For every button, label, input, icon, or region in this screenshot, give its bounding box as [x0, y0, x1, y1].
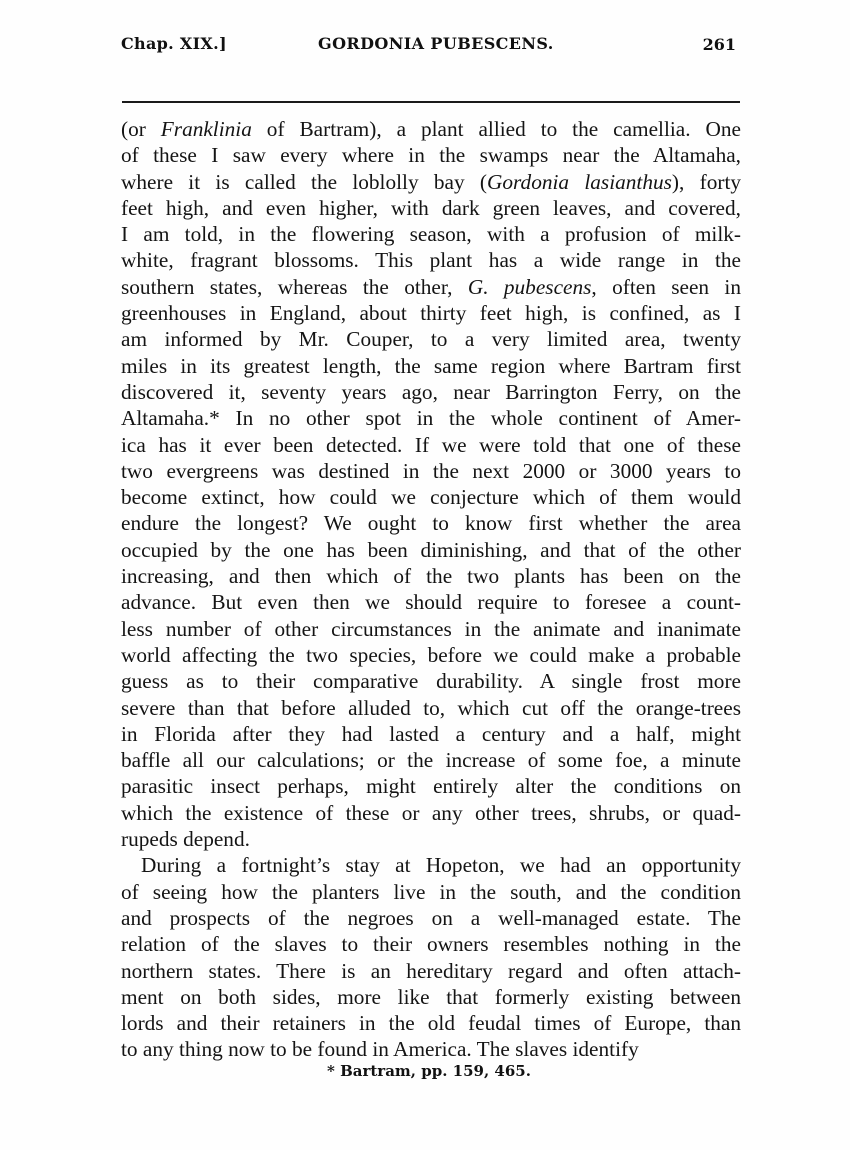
- text-run: greenhouses in England, about thirty fee…: [121, 301, 741, 325]
- text-line: two evergreens was destined in the next …: [121, 458, 741, 484]
- text-line: am informed by Mr. Couper, to a very lim…: [121, 326, 741, 352]
- italic-term: Gordonia lasianthus: [487, 170, 672, 194]
- text-run: increasing, and then which of the two pl…: [121, 564, 741, 588]
- text-run: northern states. There is an hereditary …: [121, 959, 741, 983]
- text-line: northern states. There is an hereditary …: [121, 958, 741, 984]
- text-run: feet high, and even higher, with dark gr…: [121, 196, 741, 220]
- text-run: baffle all our calculations; or the incr…: [121, 748, 741, 772]
- text-line: become extinct, how could we conjecture …: [121, 484, 741, 510]
- text-run: white, fragrant blossoms. This plant has…: [121, 248, 741, 272]
- text-run: ment on both sides, more like that forme…: [121, 985, 741, 1009]
- text-line: ica has it ever been detected. If we wer…: [121, 432, 741, 458]
- text-line: Altamaha.* In no other spot in the whole…: [121, 405, 741, 431]
- text-line: where it is called the loblolly bay (Gor…: [121, 169, 741, 195]
- text-run: I am told, in the flowering season, with…: [121, 222, 741, 246]
- text-run: where it is called the loblolly bay (: [121, 170, 487, 194]
- text-run: Altamaha.* In no other spot in the whole…: [121, 406, 741, 430]
- text-line: and prospects of the negroes on a well-m…: [121, 905, 741, 931]
- text-line: rupeds depend.: [121, 826, 741, 852]
- text-line: feet high, and even higher, with dark gr…: [121, 195, 741, 221]
- text-line: I am told, in the flowering season, with…: [121, 221, 741, 247]
- text-run: am informed by Mr. Couper, to a very lim…: [121, 327, 741, 351]
- text-run: southern states, whereas the other,: [121, 275, 468, 299]
- text-run: guess as to their comparative durability…: [121, 669, 741, 693]
- running-header: Chap. XIX.] GORDONIA PUBESCENS. 261: [121, 34, 740, 62]
- text-line: parasitic insect perhaps, might entirely…: [121, 773, 741, 799]
- text-run: in Florida after they had lasted a centu…: [121, 722, 741, 746]
- text-line: world affecting the two species, before …: [121, 642, 741, 668]
- text-line: During a fortnight’s stay at Hopeton, we…: [121, 852, 741, 878]
- text-line: relation of the slaves to their owners r…: [121, 931, 741, 957]
- body-text: (or Franklinia of Bartram), a plant alli…: [121, 116, 741, 1063]
- text-run: severe than that before alluded to, whic…: [121, 696, 741, 720]
- text-line: in Florida after they had lasted a centu…: [121, 721, 741, 747]
- text-line: southern states, whereas the other, G. p…: [121, 274, 741, 300]
- chapter-label: Chap. XIX.]: [121, 34, 227, 53]
- text-run: of these I saw every where in the swamps…: [121, 143, 741, 167]
- text-run: parasitic insect perhaps, might entirely…: [121, 774, 741, 798]
- text-run: world affecting the two species, before …: [121, 643, 741, 667]
- text-run: discovered it, seventy years ago, near B…: [121, 380, 741, 404]
- text-line: increasing, and then which of the two pl…: [121, 563, 741, 589]
- footnote: * Bartram, pp. 159, 465.: [0, 1062, 850, 1080]
- text-run: , often seen in: [591, 275, 741, 299]
- text-line: of seeing how the planters live in the s…: [121, 879, 741, 905]
- text-line: (or Franklinia of Bartram), a plant alli…: [121, 116, 741, 142]
- page-title: GORDONIA PUBESCENS.: [318, 34, 554, 53]
- text-line: greenhouses in England, about thirty fee…: [121, 300, 741, 326]
- text-run: relation of the slaves to their owners r…: [121, 932, 741, 956]
- text-run: to any thing now to be found in America.…: [121, 1037, 639, 1061]
- text-line: to any thing now to be found in America.…: [121, 1036, 741, 1062]
- page-number: 261: [703, 35, 736, 54]
- text-line: less number of other circumstances in th…: [121, 616, 741, 642]
- text-run: occupied by the one has been diminishing…: [121, 538, 741, 562]
- text-line: baffle all our calculations; or the incr…: [121, 747, 741, 773]
- text-line: of these I saw every where in the swamps…: [121, 142, 741, 168]
- text-run: rupeds depend.: [121, 827, 250, 851]
- italic-term: G. pubescens: [468, 275, 592, 299]
- text-run: which the existence of these or any othe…: [121, 801, 741, 825]
- text-line: white, fragrant blossoms. This plant has…: [121, 247, 741, 273]
- text-line: endure the longest? We ought to know fir…: [121, 510, 741, 536]
- text-run: of seeing how the planters live in the s…: [121, 880, 741, 904]
- text-line: guess as to their comparative durability…: [121, 668, 741, 694]
- text-line: ment on both sides, more like that forme…: [121, 984, 741, 1010]
- text-line: which the existence of these or any othe…: [121, 800, 741, 826]
- text-run: two evergreens was destined in the next …: [121, 459, 741, 483]
- text-line: severe than that before alluded to, whic…: [121, 695, 741, 721]
- header-rule: [122, 101, 740, 103]
- text-line: discovered it, seventy years ago, near B…: [121, 379, 741, 405]
- text-line: lords and their retainers in the old feu…: [121, 1010, 741, 1036]
- italic-term: Franklinia: [161, 117, 252, 141]
- text-line: occupied by the one has been diminishing…: [121, 537, 741, 563]
- text-run: and prospects of the negroes on a well-m…: [121, 906, 741, 930]
- text-line: miles in its greatest length, the same r…: [121, 353, 741, 379]
- text-run: advance. But even then we should require…: [121, 590, 741, 614]
- text-run: endure the longest? We ought to know fir…: [121, 511, 741, 535]
- text-run: During a fortnight’s stay at Hopeton, we…: [141, 853, 741, 877]
- text-run: ), forty: [672, 170, 741, 194]
- text-run: become extinct, how could we conjecture …: [121, 485, 741, 509]
- text-run: (or: [121, 117, 161, 141]
- text-run: ica has it ever been detected. If we wer…: [121, 433, 741, 457]
- text-line: advance. But even then we should require…: [121, 589, 741, 615]
- book-page: Chap. XIX.] GORDONIA PUBESCENS. 261 (or …: [0, 0, 850, 1150]
- text-run: lords and their retainers in the old feu…: [121, 1011, 741, 1035]
- text-run: miles in its greatest length, the same r…: [121, 354, 741, 378]
- text-run: less number of other circumstances in th…: [121, 617, 741, 641]
- text-run: of Bartram), a plant allied to the camel…: [252, 117, 741, 141]
